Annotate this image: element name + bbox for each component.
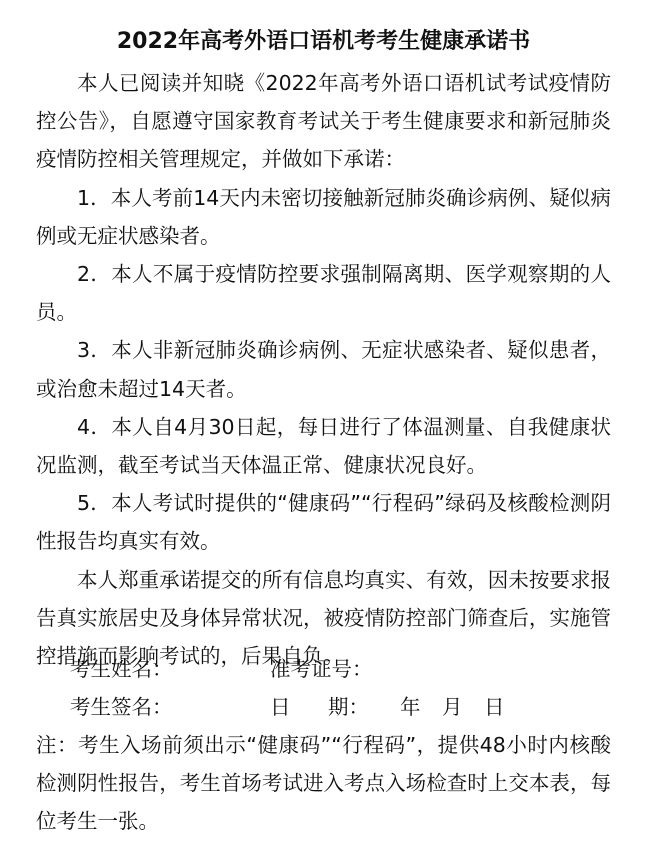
- date-year-label: 年: [400, 688, 442, 726]
- commitment-item-1: 1．本人考前14天内未密切接触新冠肺炎确诊病例、疑似病例或无症状感染者。: [36, 179, 611, 255]
- form-row-identity: 考生姓名： 准考证号：: [70, 650, 610, 688]
- footnote: 注：考生入场前须出示“健康码”“行程码”，提供48小时内核酸检测阴性报告，考生首…: [36, 726, 611, 841]
- commitment-body: 本人已阅读并知晓《2022年高考外语口语机试考试疫情防控公告》，自愿遵守国家教育…: [36, 64, 611, 675]
- exam-id-label: 准考证号：: [270, 650, 373, 688]
- candidate-signature-label: 考生签名：: [70, 688, 270, 726]
- signature-form: 考生姓名： 准考证号： 考生签名： 日 期： 年 月 日: [70, 650, 610, 726]
- date-label-char-1: 日: [270, 688, 328, 726]
- commitment-item-4: 4．本人自4月30日起，每日进行了体温测量、自我健康状况监测，截至考试当天体温正…: [36, 408, 611, 484]
- date-day-label: 日: [484, 688, 526, 726]
- commitment-item-5: 5．本人考试时提供的“健康码”“行程码”绿码及核酸检测阴性报告均真实有效。: [36, 484, 611, 560]
- form-row-signature: 考生签名： 日 期： 年 月 日: [70, 688, 610, 726]
- intro-paragraph: 本人已阅读并知晓《2022年高考外语口语机试考试疫情防控公告》，自愿遵守国家教育…: [36, 64, 611, 179]
- commitment-item-2: 2．本人不属于疫情防控要求强制隔离期、医学观察期的人员。: [36, 255, 611, 331]
- date-month-label: 月: [442, 688, 484, 726]
- date-field: 日 期： 年 月 日: [270, 688, 526, 726]
- candidate-name-label: 考生姓名：: [70, 650, 270, 688]
- date-label-char-2: 期：: [328, 688, 400, 726]
- commitment-item-3: 3．本人非新冠肺炎确诊病例、无症状感染者、疑似患者，或治愈未超过14天者。: [36, 331, 611, 407]
- document-title: 2022年高考外语口语机考考生健康承诺书: [0, 25, 647, 59]
